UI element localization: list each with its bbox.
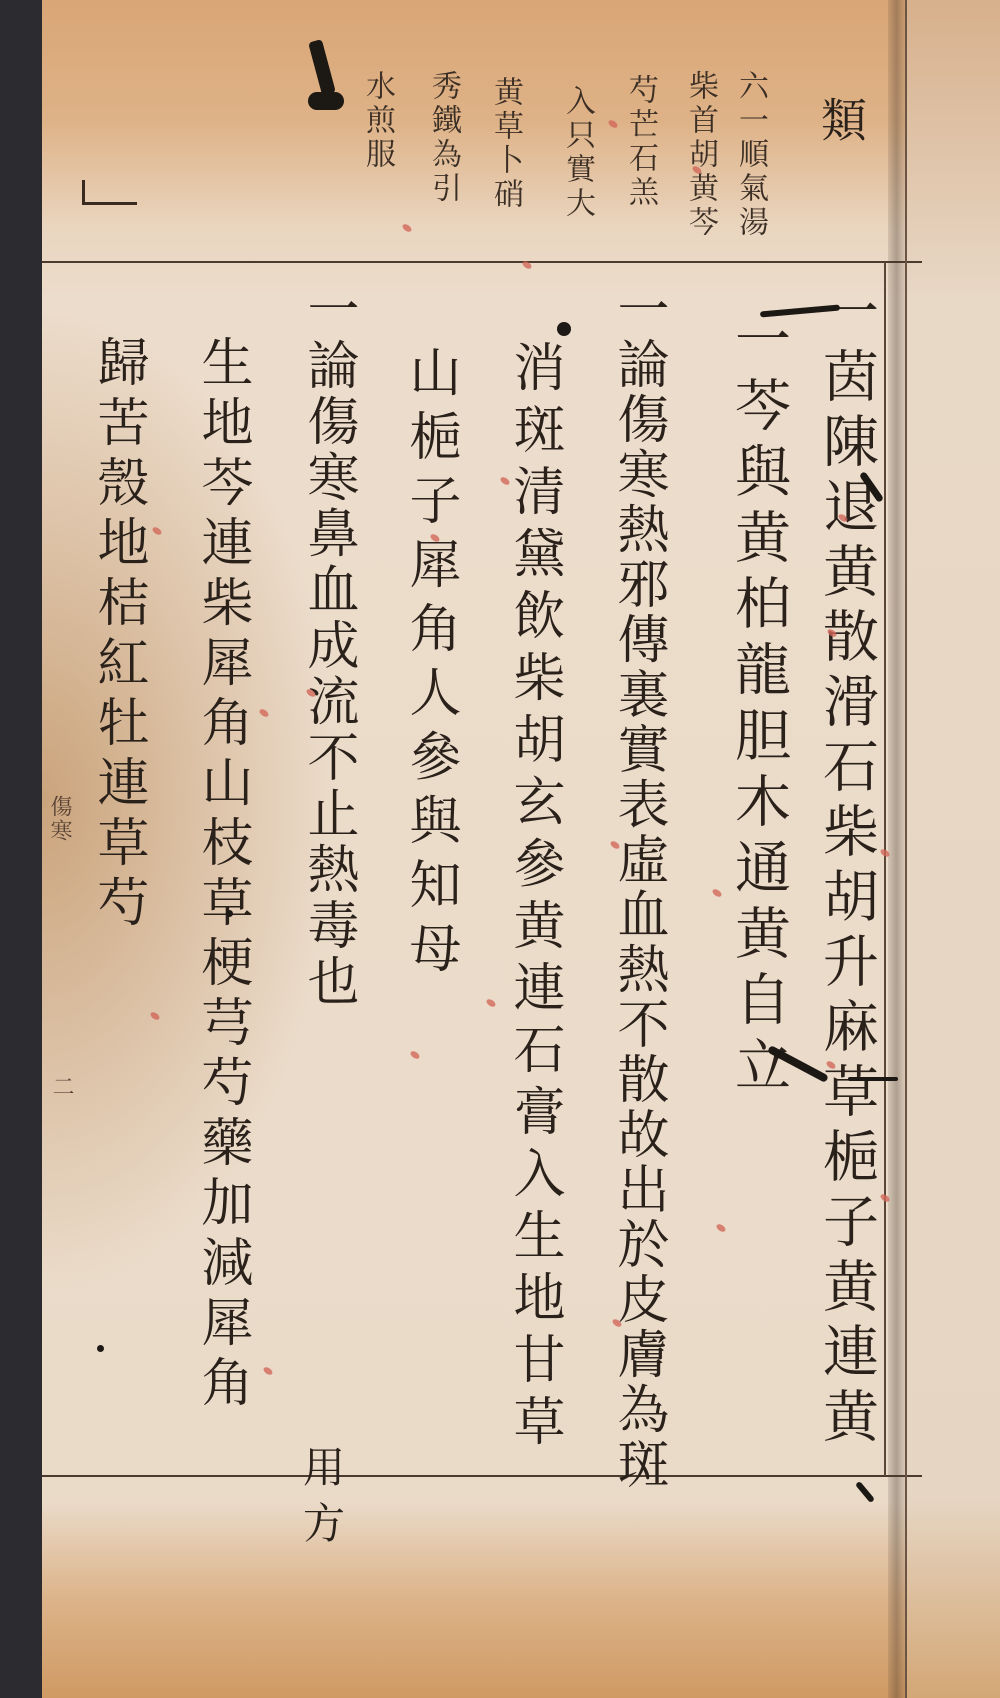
header-border-line [42,261,922,263]
text-column-1: 一茵陳退黄散滑石柴胡升麻草梔子黄連黄 [818,282,874,1452]
text-column-4: 消斑清黛飲柴胡玄參黄連石膏入生地甘草 [508,340,560,1456]
header-note-6: 秀鐵為引 [428,70,458,206]
header-note-7: 水煎服 [362,70,392,172]
adjacent-page-edge [905,0,1000,1698]
text-column-6: 一論傷寒鼻血成流不止熱毒也 [302,282,354,1010]
bullet-dot [557,322,571,336]
header-note-2: 柴首胡黄芩 [685,70,715,240]
sub-label-yongfang: 用方 [300,1445,342,1557]
text-column-8: 歸苦殼地桔紅牡連草芍 [92,335,144,935]
ink-stroke-mark [308,92,344,110]
header-note-4: 入只實大 [562,85,592,221]
corner-bracket-mark [82,180,137,205]
ink-stroke-mark [848,1077,898,1081]
page-fold [888,0,905,1698]
text-column-2: 一芩與黄柏龍胆木通黄自立 [730,310,786,1102]
right-frame-line [884,262,886,1476]
text-column-5: 山梔子犀角人參與知母 [404,345,456,985]
book-binding [0,0,42,1698]
fold-line [905,0,907,1698]
section-label: 類 [818,96,864,148]
text-column-3: 一論傷寒熱邪傳裏實表虛血熱不散故出於皮膚為斑 [612,282,664,1492]
margin-title: 傷寒 [48,795,70,843]
small-dot [226,910,233,917]
header-note-3: 芍芒石羔 [625,74,655,210]
footer-border-line [42,1475,922,1477]
header-note-1: 六一順氣湯 [735,70,765,240]
header-note-5: 黄草卜硝 [490,76,520,212]
small-dot [97,1345,104,1352]
text-column-7: 生地芩連柴犀角山枝草梗芎芍藥加減犀角 [196,335,248,1415]
page-number: 二 [50,1075,72,1099]
